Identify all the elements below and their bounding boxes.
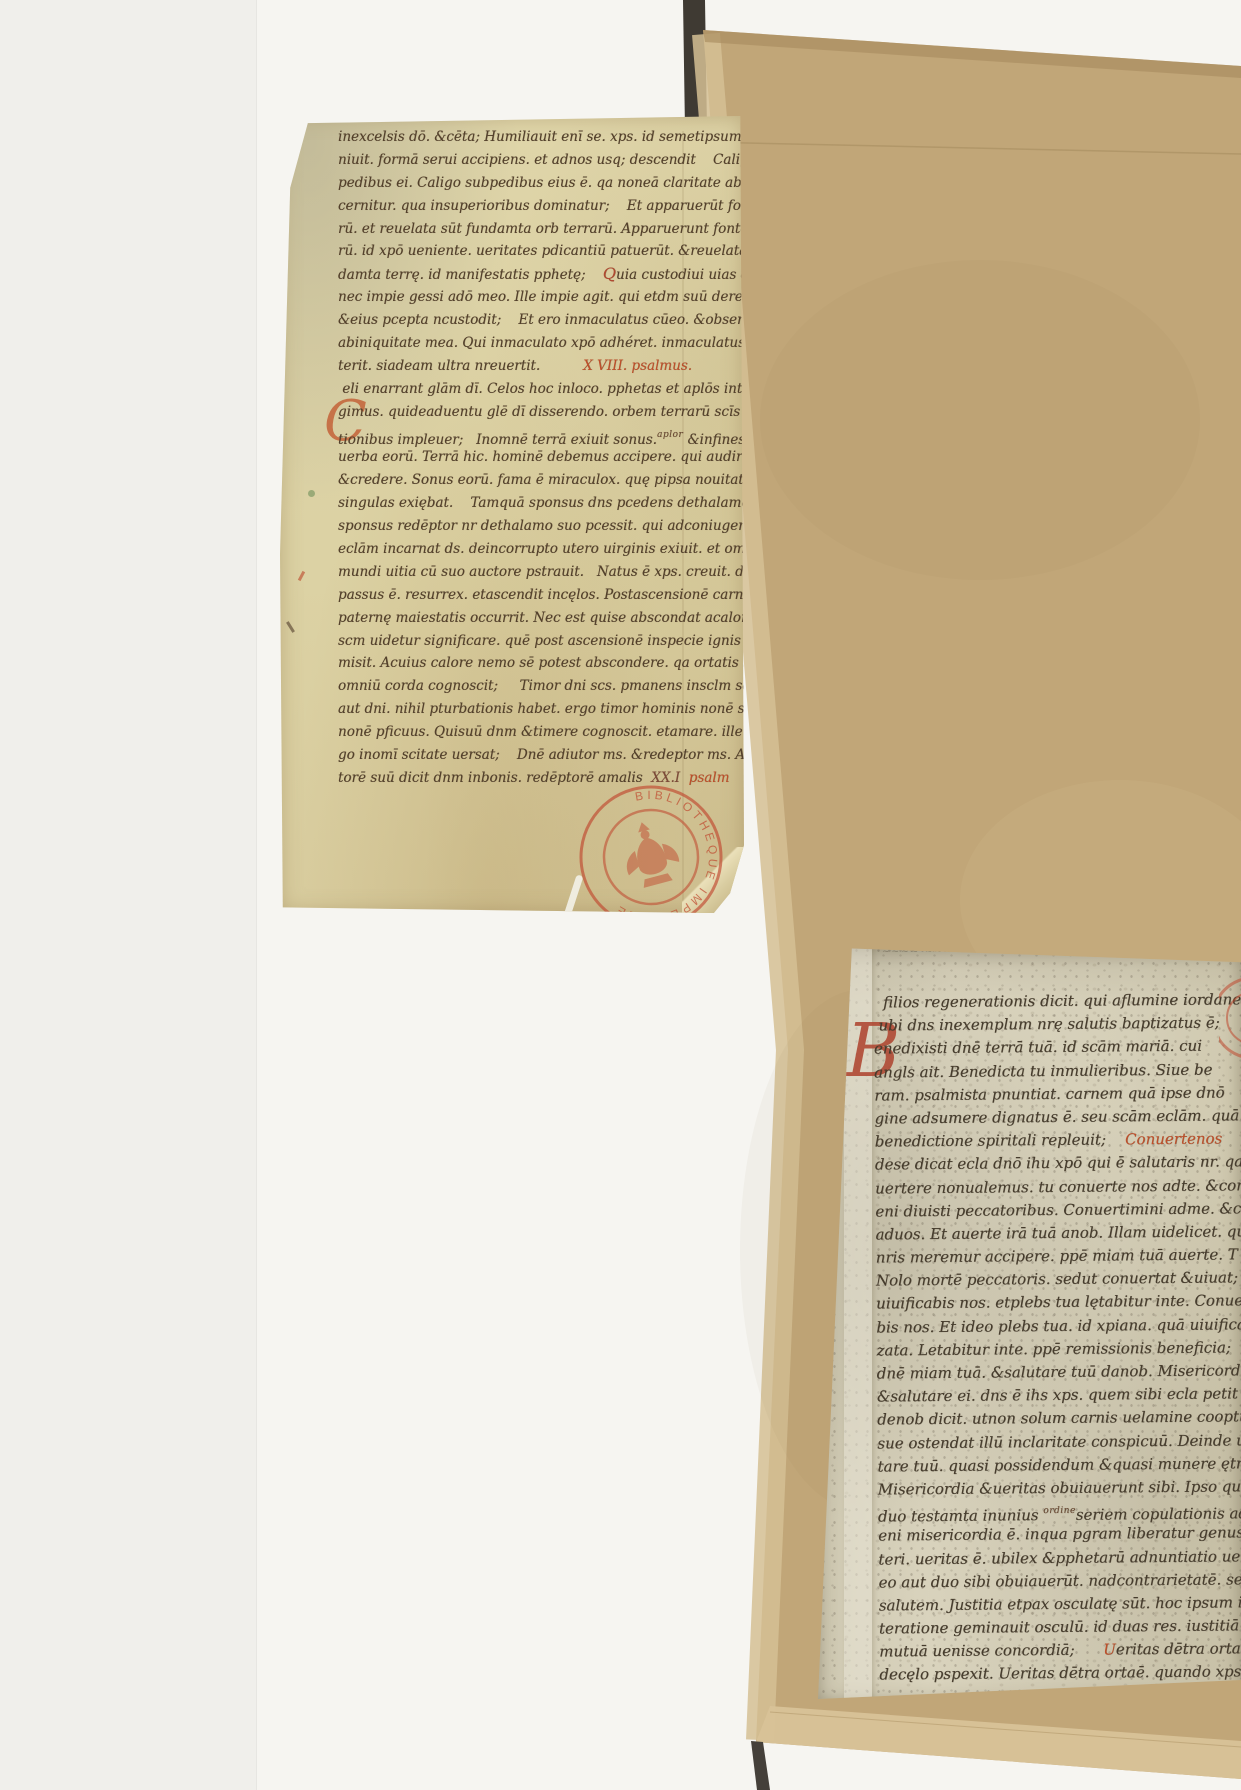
manuscript-text-line: eo aut duo sibi obuiauerūt. nadcontrarie… [878, 1567, 1241, 1594]
manuscript-text-line: &eius pcepta ncustodit; Et ero inmaculat… [338, 309, 744, 332]
page1-text-column: inexcelsis dō. &cēta; Humiliauit enī se.… [280, 116, 744, 790]
manuscript-text-line: salutem. Justitia etpax osculatę sūt. ho… [879, 1591, 1241, 1618]
manuscript-text-line: sue ostendat illū inclaritate conspicuū.… [877, 1428, 1241, 1455]
manuscript-text-line: niuit. formā serui accipiens. et adnos u… [338, 149, 744, 172]
manuscript-text-line: &credere. Sonus eorū. fama ē miraculox. … [338, 469, 744, 492]
manuscript-text-line: uiuificabis nos. etplebs tua lętabitur i… [876, 1289, 1241, 1316]
manuscript-text-line: terit. siadeam ultra nreuertit. X VIII. … [338, 355, 744, 378]
manuscript-text-line: eni misericordia ē. inqua pgram liberatu… [878, 1521, 1241, 1548]
manuscript-text-line: nonē pficuus. Quisuū dnm &timere cognosc… [338, 721, 744, 744]
manuscript-text-line: mundi uitia cū suo auctore pstrauit. Nat… [338, 561, 744, 584]
dark-sliver [751, 1741, 770, 1790]
manuscript-text-line: scm uidetur significare. quē post ascens… [338, 630, 744, 653]
manuscript-text-line: gimus. quideaduentu glē dī disserendo. o… [338, 401, 744, 424]
manuscript-text-line: dese dicat ecla dnō ihu xpō qui ē saluta… [875, 1150, 1241, 1177]
manuscript-text-line: enedixisti dnē terrā tuā. id scām mariā.… [874, 1034, 1241, 1061]
manuscript-page-1: C inexcelsis dō. &cēta; Humiliauit enī s… [280, 116, 744, 913]
manuscript-text-line: rū. id xpō ueniente. ueritates pdicantiū… [338, 240, 744, 263]
manuscript-text-line: angls ait. Benedicta tu inmulieribus. Si… [874, 1057, 1241, 1084]
manuscript-text-line: uerba eorū. Terrā hic. hominē debemus ac… [338, 446, 744, 469]
manuscript-text-line: uertere nonualemus. tu conuerte nos adte… [875, 1173, 1241, 1200]
manuscript-text-line: omniū corda cognoscit; Timor dni scs. pm… [338, 675, 744, 698]
manuscript-text-line: eclām incarnat ds. deincorrupto utero ui… [338, 538, 744, 561]
manuscript-text-line: eni diuisti peccatoribus. Conuertimini a… [875, 1197, 1241, 1224]
manuscript-text-line: duo testamta inunius ordineseriem copula… [878, 1498, 1241, 1525]
manuscript-text-line: nec impie gessi adō meo. Ille impie agit… [338, 286, 744, 309]
manuscript-text-line: benedictione spiritali repleuit; Conuert… [875, 1127, 1241, 1154]
manuscript-fragment-2: ~~~~ ~~~ ~~~~~~ ~~~~ B filios regenerati… [818, 944, 1241, 1702]
manuscript-text-line: singulas exiębat. Tamquā sponsus dns pce… [338, 492, 744, 515]
manuscript-text-line: nris meremur accipere. ppē miam tuā auer… [876, 1243, 1241, 1270]
manuscript-photo: C inexcelsis dō. &cēta; Humiliauit enī s… [0, 0, 1241, 1790]
manuscript-text-line: inexcelsis dō. &cēta; Humiliauit enī se.… [338, 126, 744, 149]
manuscript-text-line: bis nos. Et ideo plebs tua. id xpiana. q… [876, 1312, 1241, 1339]
manuscript-text-line: damta terrę. id manifestatis pphetę; Qui… [338, 263, 744, 286]
manuscript-text-line: zata. Letabitur inte. ppē remissionis be… [876, 1336, 1241, 1363]
manuscript-text-line: Misericordia &ueritas obuiauerunt sibi. … [878, 1475, 1241, 1502]
library-stamp: BIBLIOTHEQUE IMPERIALE [575, 781, 727, 913]
manuscript-text-line: teratione geminauit osculū. id duas res.… [879, 1614, 1241, 1641]
manuscript-text-line: mutuā uenisse concordiā; Ueritas dētra o… [879, 1637, 1241, 1664]
manuscript-text-line: abiniquitate mea. Qui inmaculato xpō adh… [338, 332, 744, 355]
manuscript-text-line: teri. ueritas ē. ubilex &pphetarū adnunt… [878, 1544, 1241, 1571]
manuscript-text-line: rū. et reuelata sūt fundamta orb terrarū… [338, 218, 744, 241]
manuscript-text-line: aut dni. nihil pturbationis habet. ergo … [338, 698, 744, 721]
manuscript-text-line: aduos. Et auerte irā tuā anob. Illam uid… [875, 1220, 1241, 1247]
manuscript-text-line: Nolo mortē peccatoris. sedut conuertat &… [876, 1266, 1241, 1293]
manuscript-text-line: filios regenerationis dicit. qui aflumin… [873, 988, 1241, 1015]
manuscript-text-line: paternę maiestatis occurrit. Nec est qui… [338, 607, 744, 630]
manuscript-text-line: cernitur. qua insuperioribus dominatur; … [338, 195, 744, 218]
manuscript-text-line: denob dicit. utnon solum carnis uelamine… [877, 1405, 1241, 1432]
manuscript-text-line: dnē miam tuā. &salutare tuū danob. Miser… [877, 1359, 1241, 1386]
manuscript-text-line: tionibus impleuer; Inomnē terrā exiuit s… [338, 424, 744, 447]
manuscript-text-line: passus ē. resurrex. etascendit incęlos. … [338, 584, 744, 607]
manuscript-text-line: &salutare ei. dns ē ihs xps. quem sibi e… [877, 1382, 1241, 1409]
partial-stamp [1219, 970, 1241, 1066]
manuscript-text-line: go inomī scitate uersat; Dnē adiutor ms.… [338, 744, 744, 767]
manuscript-text-line: ubi dns inexemplum nrę salutis baptizatu… [874, 1011, 1241, 1038]
manuscript-text-line: ram. psalmista pnuntiat. carnem quā ipse… [874, 1081, 1241, 1108]
manuscript-text-line: gine adsumere dignatus ē. seu scām eclām… [874, 1104, 1241, 1131]
manuscript-text-line: misit. Acuius calore nemo sē potest absc… [338, 652, 744, 675]
manuscript-text-line: eli enarrant glām dī. Celos hoc inloco. … [338, 378, 744, 401]
manuscript-text-line: tare tuū. quasi possidendum &quasi muner… [877, 1452, 1241, 1479]
eagle-icon [616, 815, 684, 891]
manuscript-text-line: sponsus redēptor nr dethalamo suo pcessi… [338, 515, 744, 538]
manuscript-text-line: pedibus ei. Caligo subpedibus eius ē. qa… [338, 172, 744, 195]
fragment2-text-column: filios regenerationis dicit. qui aflumin… [818, 944, 1241, 1688]
